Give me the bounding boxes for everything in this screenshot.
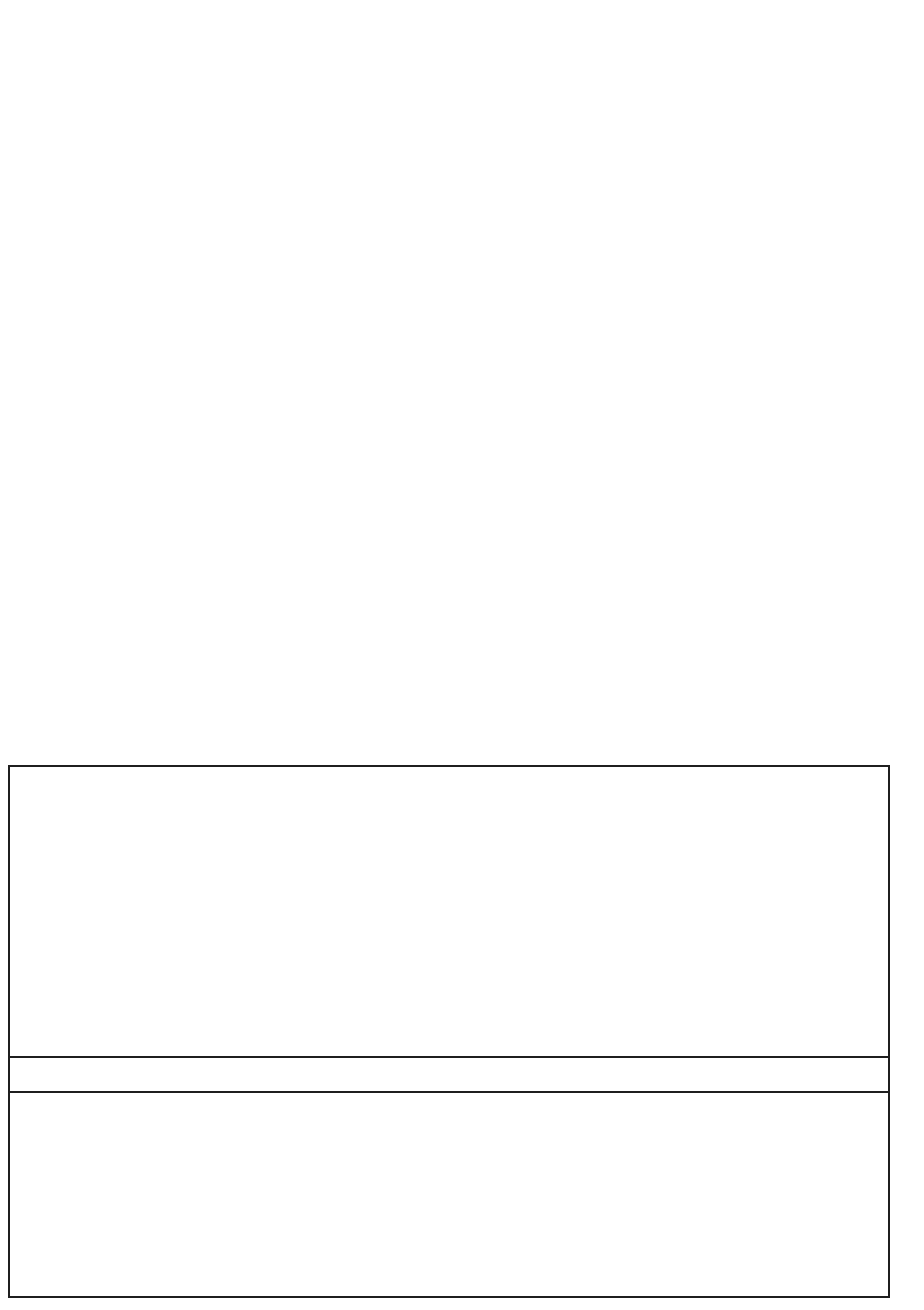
document-page — [0, 0, 924, 1310]
phenomena-table-bottom — [8, 1093, 890, 1298]
table-separator-row — [8, 1056, 890, 1093]
phenomena-table-top — [8, 765, 890, 1058]
